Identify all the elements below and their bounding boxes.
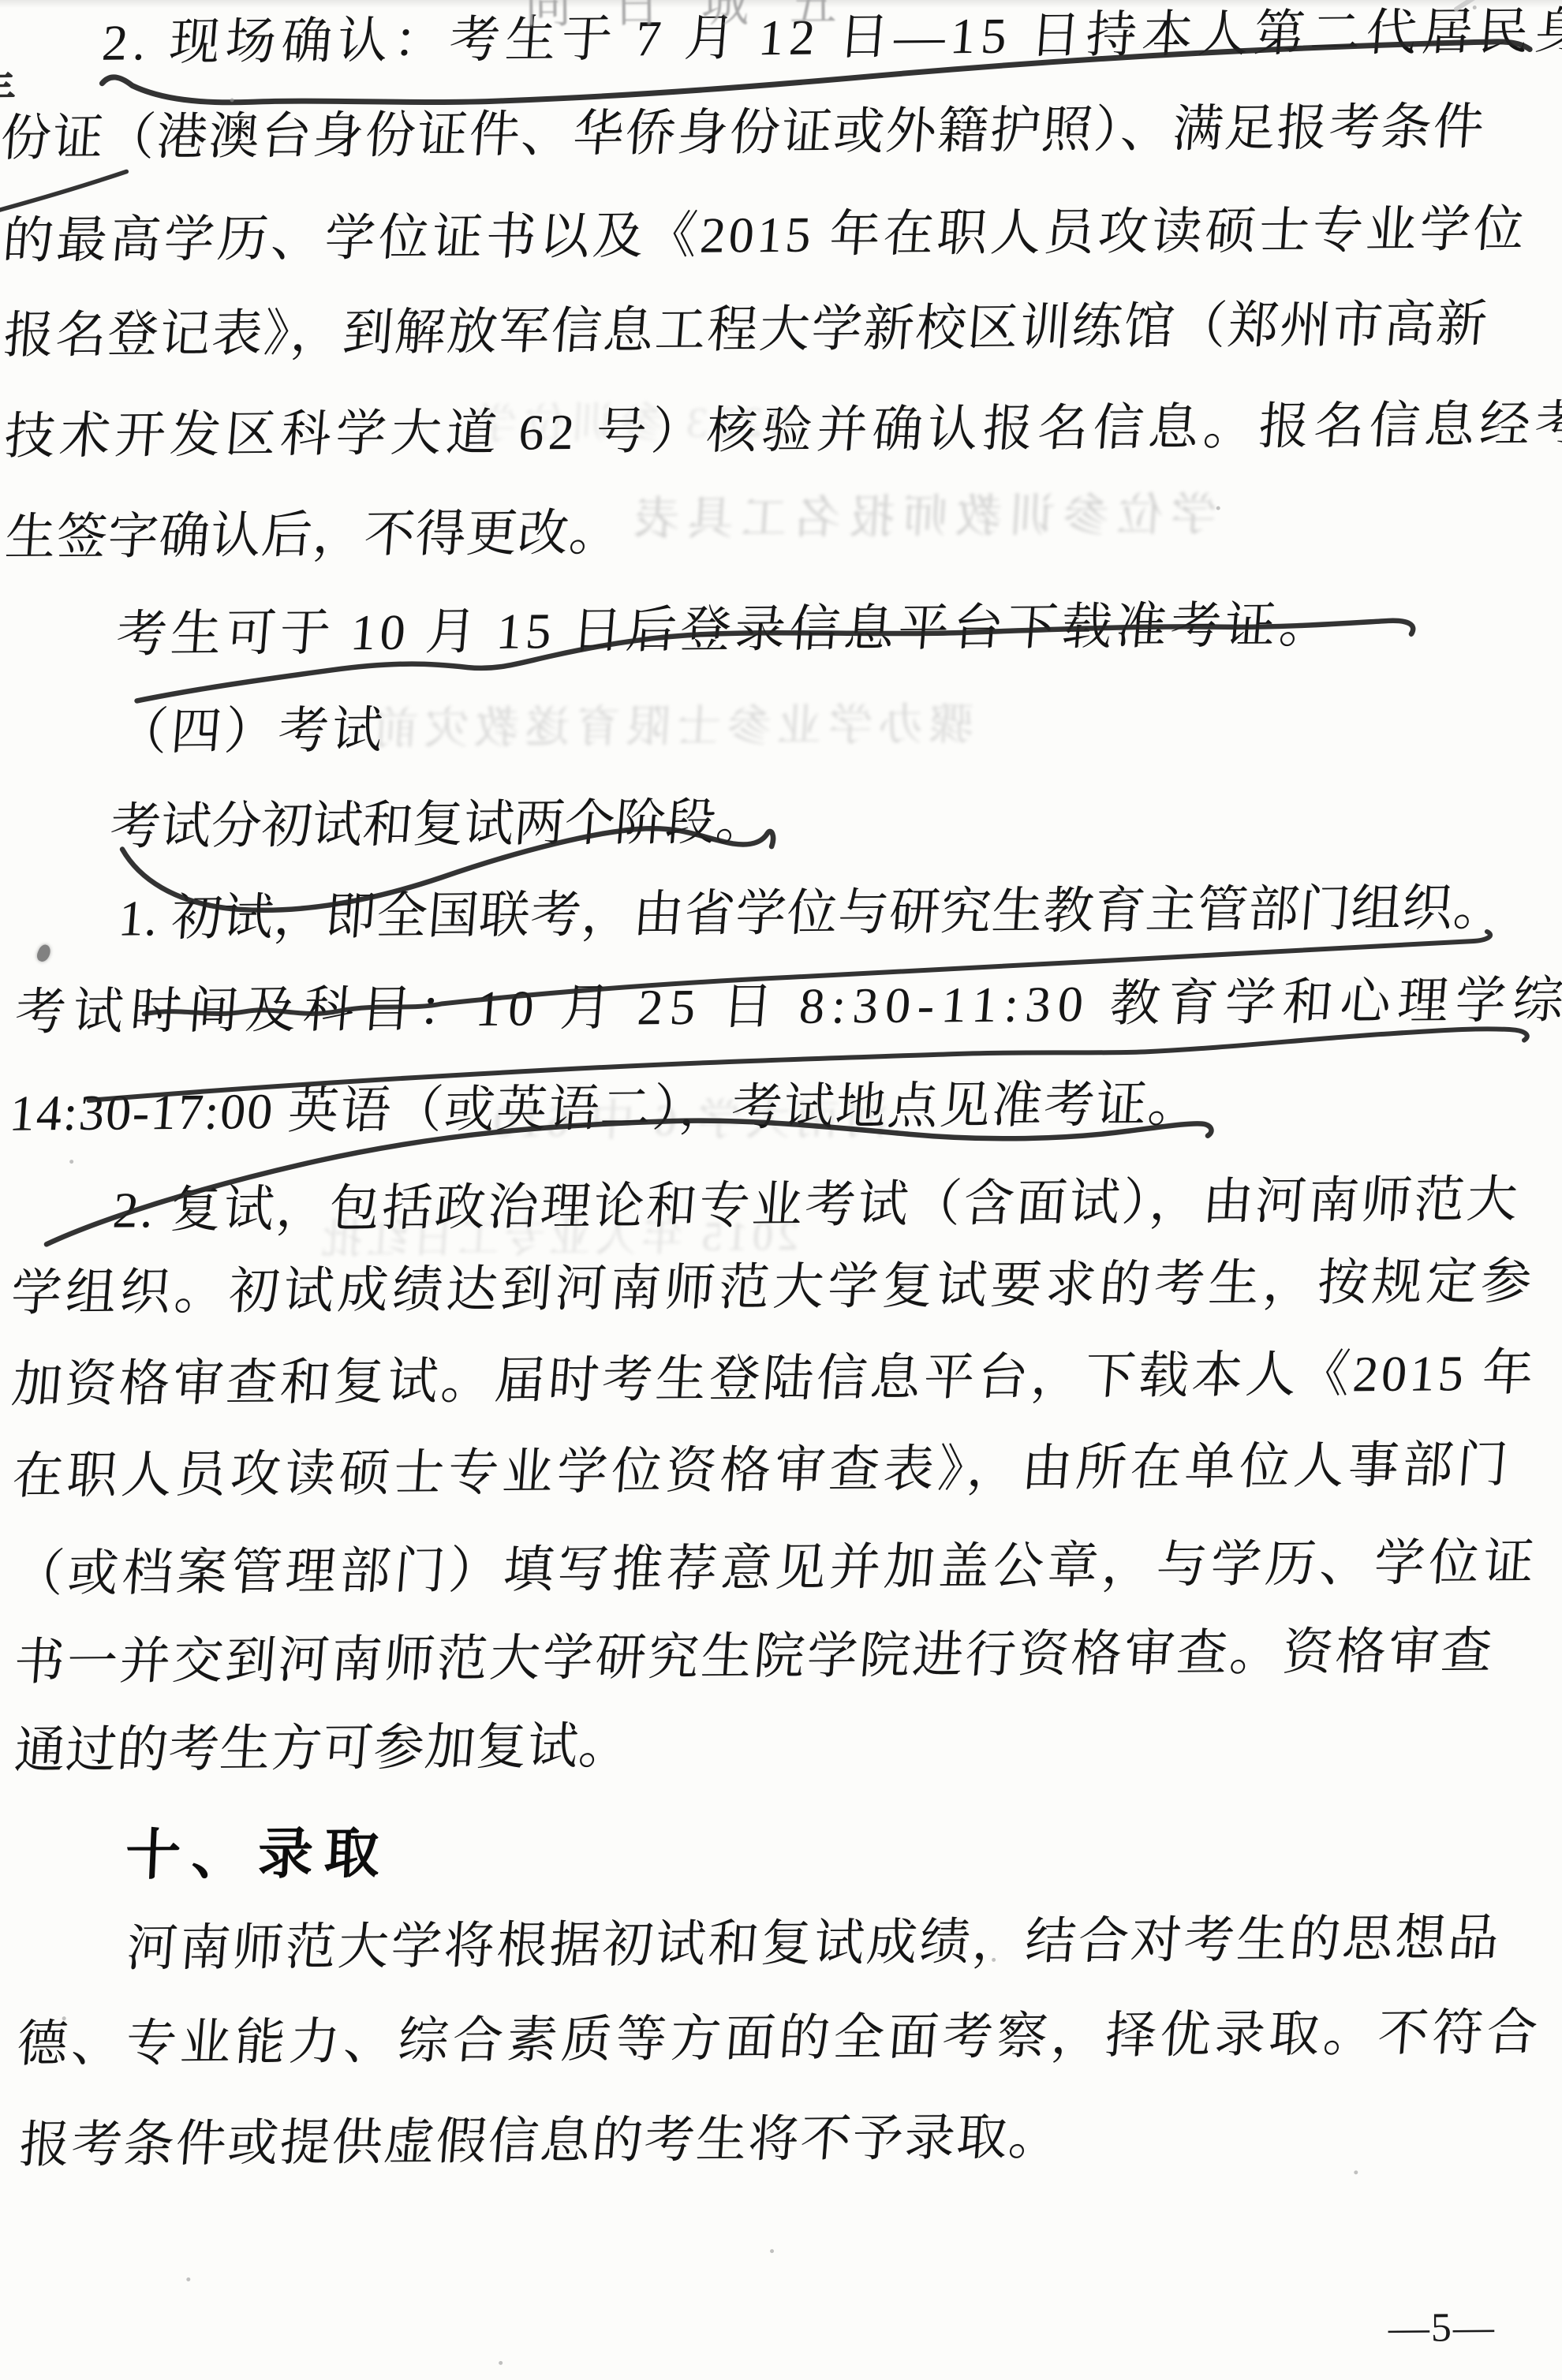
text-line: 份证（港澳台身份证件、华侨身份证或外籍护照）、满足报考条件: [0, 102, 1487, 164]
text-line: 学组织。初试成绩达到河南师范大学复试要求的考生，按规定参: [9, 1256, 1538, 1318]
page-number: —5—: [1388, 2304, 1496, 2352]
bleedthrough-text: 学位参训教师报名工具表: [625, 492, 1218, 543]
text-line: 生签字确认后，不得更改。: [3, 508, 622, 563]
scan-speckle: [499, 2361, 503, 2365]
scan-speckle: [1354, 2170, 1358, 2174]
edge-artifact-left: 丰: [0, 55, 16, 118]
text-line: 加资格审查和复试。届时考生登陆信息平台，下载本人《2015 年: [10, 1347, 1538, 1410]
text-line: 考试时间及科目：10 月 25 日 8:30-11:30 教育学和心理学综合，: [13, 974, 1562, 1038]
scan-speckle: [69, 1160, 73, 1164]
text-line: 报考条件或提供虚假信息的考生将不予录取。: [17, 2112, 1063, 2170]
text-line: 的最高学历、学位证书以及《2015 年在职人员攻读硕士专业学位: [1, 204, 1529, 267]
scan-speckle: [992, 1958, 996, 1962]
scan-speckle: [186, 2277, 190, 2281]
scan-speckle: [770, 2249, 774, 2253]
text-line: 考试分初试和复试两个阶段。: [108, 797, 768, 853]
text-line: 德、专业能力、综合素质等方面的全面考察，择优录取。不符合: [15, 2007, 1543, 2069]
text-line: 14:30-17:00 英语（或英语二），考试地点见准考证。: [8, 1079, 1202, 1139]
text-line: 技术开发区科学大道 62 号）核验并确认报名信息。报名信息经考: [2, 399, 1562, 462]
scan-speckle: [230, 98, 234, 102]
ink-stroke-margin-slash-left: [0, 171, 127, 214]
text-line: 书一并交到河南师范大学研究生院学院进行资格审查。资格审查: [12, 1626, 1496, 1688]
section-heading: 十、录取: [124, 1825, 391, 1883]
bleedthrough-text: 骤办学业参士限育遂教灾前: [366, 703, 974, 752]
text-line: 通过的考生方可参加复试。: [13, 1721, 632, 1777]
scan-speckle: [1216, 506, 1220, 510]
text-line: 河南师范大学将根据初试和复试成绩，结合对考生的思想品: [125, 1913, 1503, 1975]
scan-speckle: [1473, 6, 1477, 9]
text-line: （或档案管理部门）填写推荐意见并加盖公章，与学历、学位证: [12, 1537, 1540, 1599]
scanned-document-page: 学位参训教师报名工具表骤办学业参士限育遂教灾前河南大学 6 中 6102015 …: [0, 0, 1562, 2380]
text-line: 考生可于 10 月 15 日后登录信息平台下载准考证。: [114, 600, 1336, 659]
text-line: 1. 初试，即全国联考，由省学位与研究生教育主管部门组织。: [117, 883, 1507, 944]
text-line: 在职人员攻读硕士专业学位资格审查表》，由所在单位人事部门: [11, 1440, 1514, 1502]
text-line: 报名登记表》，到解放军信息工程大学新校区训练馆（郑州市高新: [2, 299, 1490, 361]
edge-artifact-top: 同日城五: [524, 0, 878, 37]
text-line: （四）考试: [115, 705, 387, 758]
text-line: 2. 复试，包括政治理论和专业考试（含面试），由河南师范大: [111, 1175, 1522, 1236]
scan-content: 学位参训教师报名工具表骤办学业参士限育遂教灾前河南大学 6 中 6102015 …: [0, 0, 1562, 2380]
scan-speckle: [62, 2016, 66, 2020]
ink-smudge: [35, 943, 53, 963]
